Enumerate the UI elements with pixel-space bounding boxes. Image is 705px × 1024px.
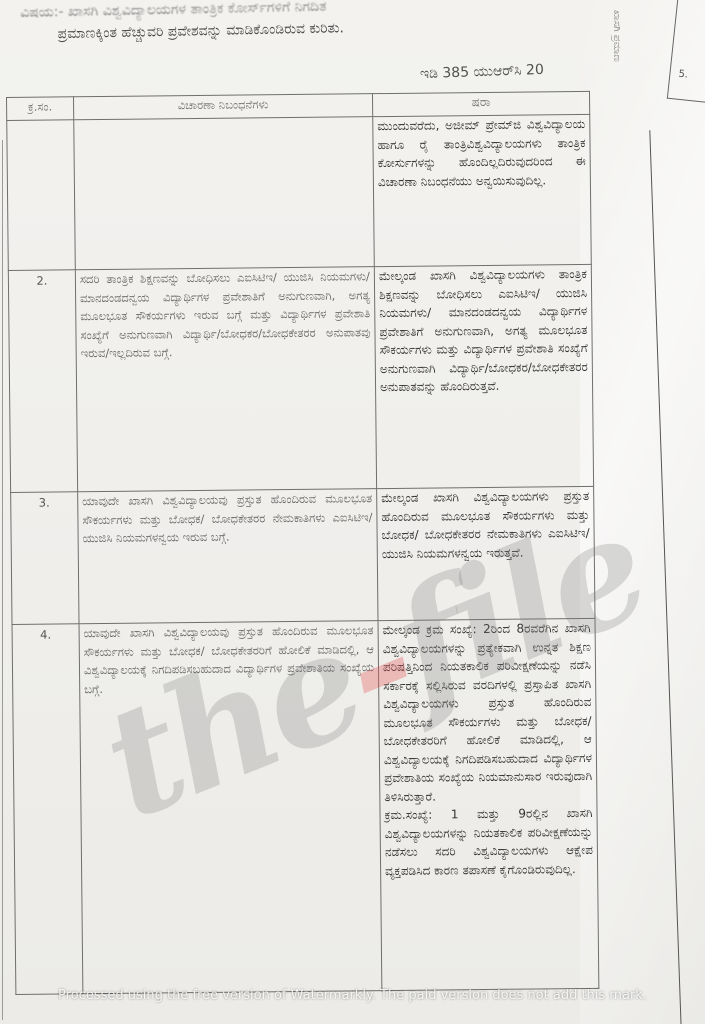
row-remark: ಮೇಲ್ಕಂಡ ಖಾಸಗಿ ವಿಶ್ವವಿದ್ಯಾಲಯಗಳು ಪ್ರಸ್ತುತ …	[377, 486, 595, 620]
header-remarks: ಷರಾ	[372, 91, 589, 116]
row-serial	[7, 120, 76, 271]
row-serial: 2.	[8, 270, 77, 493]
scanned-document-page: ವಿಷಯ:- ಖಾಸಗಿ ವಿಶ್ವವಿದ್ಯಾಲಯಗಳ ತಾಂತ್ರಿಕ ಕೋ…	[0, 0, 705, 1024]
row-remark: ಮೇಲ್ಕಂಡ ಕ್ರಮ ಸಂಖ್ಯೆ: 2ರಿಂದ 8ರವರೆಗಿನ ಖಾಸಗ…	[378, 618, 599, 990]
subject-block: ವಿಷಯ:- ಖಾಸಗಿ ವಿಶ್ವವಿದ್ಯಾಲಯಗಳ ತಾಂತ್ರಿಕ ಕೋ…	[20, 0, 541, 46]
row-serial: 3.	[11, 492, 79, 625]
watermarkly-notice: Processed using the free version of Wate…	[0, 988, 705, 1003]
row-remark: ಮುಂದುವರೆದು, ಅಜೀಮ್ ಪ್ರೇಮ್‌ಜಿ ವಿಶ್ವವಿದ್ಯಾಲ…	[373, 114, 592, 266]
table-row: 2. ಸದರಿ ತಾಂತ್ರಿಕ ಶಿಕ್ಷಣವನ್ನು ಬೋಧಿಸಲು ಎಐಸ…	[8, 264, 593, 492]
table-row: ಮುಂದುವರೆದು, ಅಜೀಮ್ ಪ್ರೇಮ್‌ಜಿ ವಿಶ್ವವಿದ್ಯಾಲ…	[7, 114, 592, 270]
inquiry-table: ಕ್ರ.ಸಂ. ವಿಚಾರಣಾ ನಿಬಂಧನೆಗಳು ಷರಾ ಮುಂದುವರೆದ…	[6, 91, 599, 995]
row-remark: ಮೇಲ್ಕಂಡ ಖಾಸಗಿ ವಿಶ್ವವಿದ್ಯಾಲಯಗಳು ತಾಂತ್ರಿಕ …	[374, 264, 593, 488]
row-term: ಸದರಿ ತಾಂತ್ರಿಕ ಶಿಕ್ಷಣವನ್ನು ಬೋಧಿಸಲು ಎಐಸಿಟಿ…	[75, 267, 376, 492]
page-left-edge	[2, 140, 3, 1020]
table-row: 4. ಯಾವುದೇ ಖಾಸಗಿ ವಿಶ್ವವಿದ್ಯಾಲಯವು ಪ್ರಸ್ತುತ…	[12, 618, 599, 994]
row-term: ಯಾವುದೇ ಖಾಸಗಿ ವಿಶ್ವವಿದ್ಯಾಲಯವು ಪ್ರಸ್ತುತ ಹೊ…	[78, 489, 378, 624]
header-terms: ವಿಚಾರಣಾ ನಿಬಂಧನೆಗಳು	[74, 94, 373, 120]
header-serial: ಕ್ರ.ಸಂ.	[7, 97, 74, 121]
table-row: 3. ಯಾವುದೇ ಖಾಸಗಿ ವಿಶ್ವವಿದ್ಯಾಲಯವು ಪ್ರಸ್ತುತ…	[11, 486, 595, 624]
row-serial: 4.	[12, 624, 83, 995]
row-term	[74, 117, 375, 270]
row-term: ಯಾವುದೇ ಖಾಸಗಿ ವಿಶ್ವವಿದ್ಯಾಲಯವು ಪ್ರಸ್ತುತ ಹೊ…	[79, 621, 382, 994]
side-page-text: ಖಾಸಗಿ ಪ್ರಮಾಣ	[610, 10, 622, 62]
reference-number: ಇಡಿ 385 ಯುಆರ್‌ಸಿ 20	[420, 62, 544, 82]
row-remark-part-2: ಕ್ರಮ.ಸಂಖ್ಯೆ: 1 ಮತ್ತು 9ರಲ್ಲಿನ ಖಾಸಗಿ ವಿಶ್ವ…	[384, 804, 593, 880]
row-remark-part-1: ಮೇಲ್ಕಂಡ ಕ್ರಮ ಸಂಖ್ಯೆ: 2ರಿಂದ 8ರವರೆಗಿನ ಖಾಸಗ…	[383, 619, 593, 806]
side-box-number: 5.	[678, 69, 689, 81]
folded-page-edge	[580, 0, 705, 1024]
